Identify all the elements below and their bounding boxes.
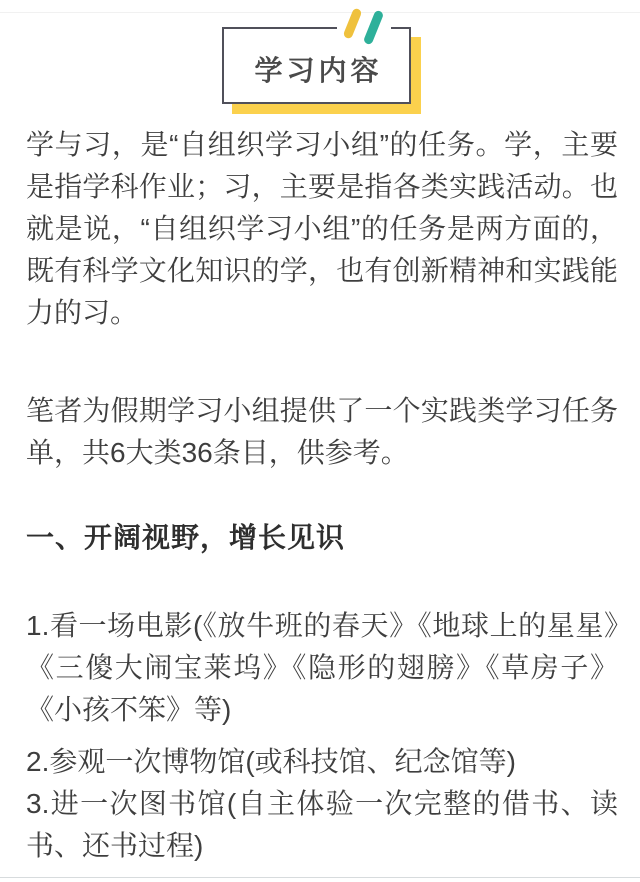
paragraph-intro: 学与习，是“自组织学习小组”的任务。学，主要是指学科作业；习，主要是指各类实践活… [26,124,618,334]
badge-title: 学习内容 [250,42,382,89]
list-item-3: 3.进一次图书馆(自主体验一次完整的借书、读书、还书过程) [26,783,618,867]
card-top-edge [0,12,640,13]
badge-box: 学习内容 [222,27,411,104]
section-heading: 一、开阔视野，增长见识 [26,517,618,559]
section-badge: 学习内容 [222,27,411,104]
card-bottom-edge [0,877,640,878]
list-item-2: 2.参观一次博物馆(或科技馆、纪念馆等) [26,741,618,783]
article-content: 学与习，是“自组织学习小组”的任务。学，主要是指学科作业；习，主要是指各类实践活… [26,124,618,867]
list-item-1: 1.看一场电影(《放牛班的春天》《地球上的星星》《三傻大闹宝莱坞》《隐形的翅膀》… [26,605,618,731]
paragraph-task-summary: 笔者为假期学习小组提供了一个实践类学习任务单，共6大类36条目，供参考。 [26,390,618,474]
